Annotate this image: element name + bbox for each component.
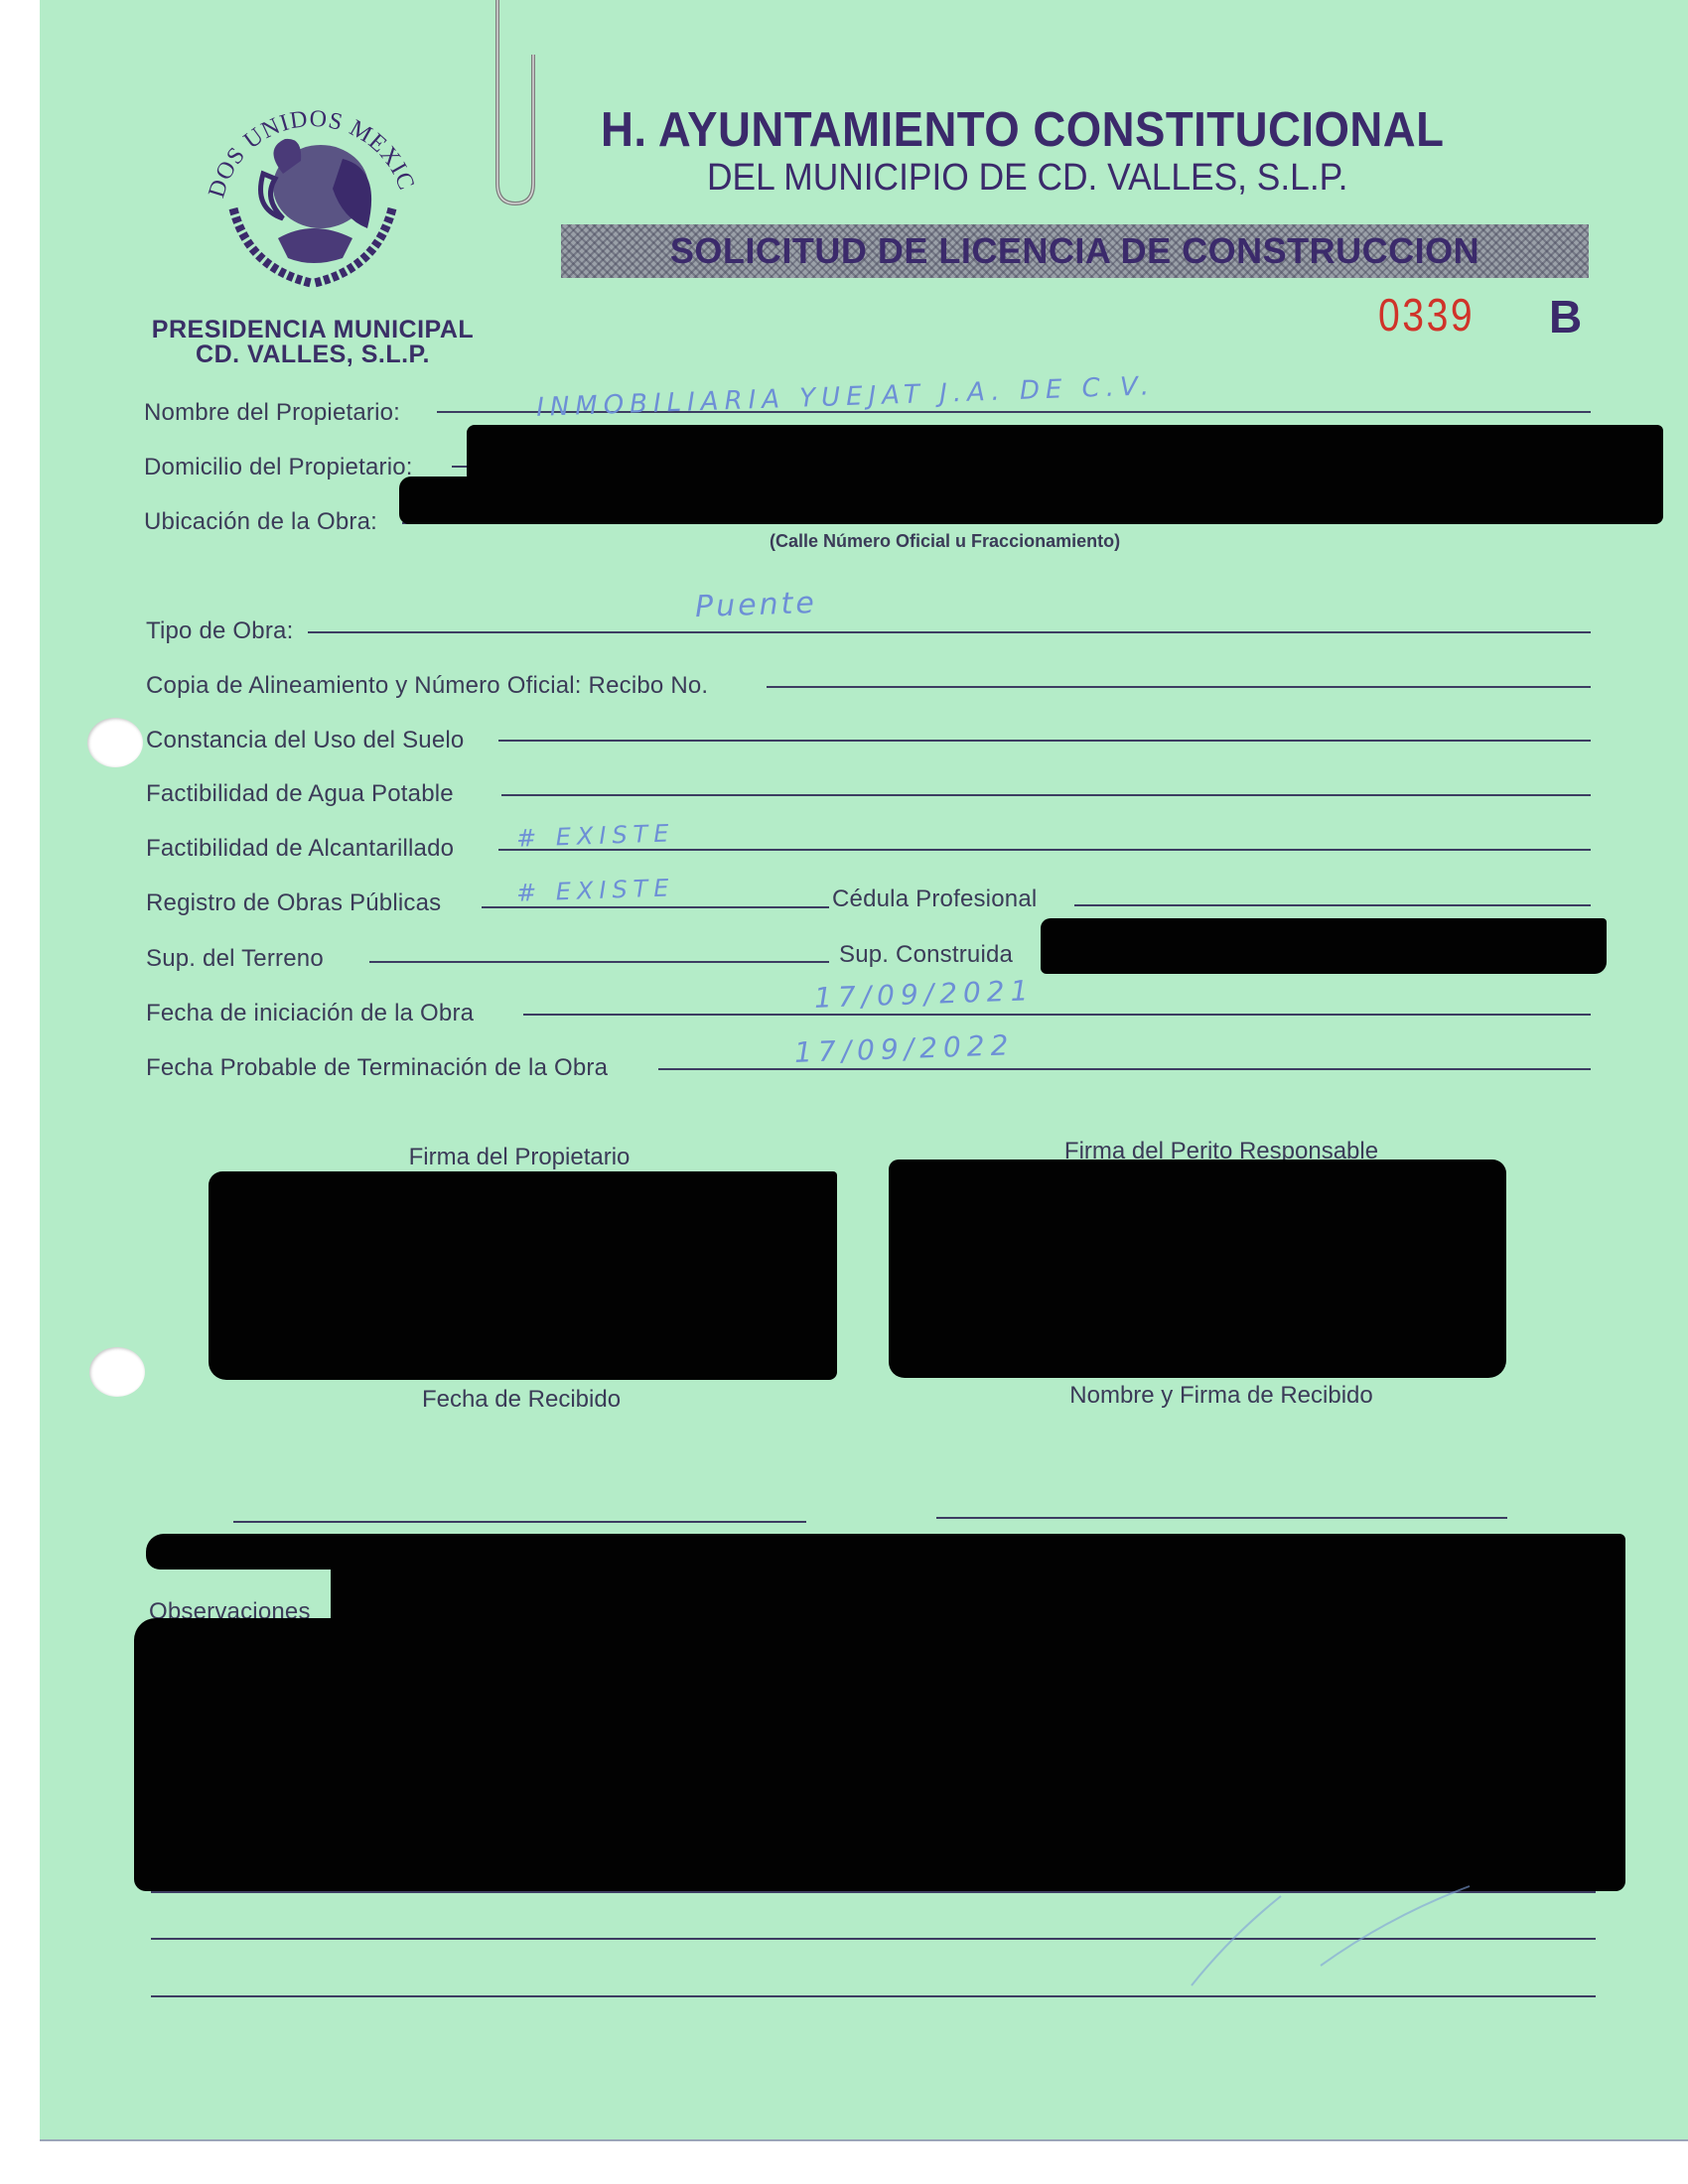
factibilidad-agua-label: Factibilidad de Agua Potable <box>146 780 454 808</box>
paper-clip-icon <box>493 0 541 206</box>
redacted-observaciones-body[interactable] <box>134 1618 1625 1891</box>
page-title: H. AYUNTAMIENTO CONSTITUCIONAL <box>601 102 1444 158</box>
observaciones-line-3[interactable] <box>151 1995 1596 1997</box>
factibilidad-alcantarillado-value[interactable]: # EXISTE <box>516 819 675 853</box>
registro-obras-publicas-label: Registro de Obras Públicas <box>146 889 441 917</box>
registro-obras-publicas-line <box>482 906 829 908</box>
nombre-propietario-label: Nombre del Propietario: <box>144 399 400 427</box>
tipo-obra-label: Tipo de Obra: <box>146 617 293 645</box>
cedula-profesional-label: Cédula Profesional <box>832 886 1037 913</box>
fecha-terminacion-label: Fecha Probable de Terminación de la Obra <box>146 1054 608 1082</box>
factibilidad-alcantarillado-line <box>498 849 1591 851</box>
factibilidad-agua-line <box>501 794 1591 796</box>
fecha-inicio-line <box>523 1014 1591 1016</box>
form-name-banner: SOLICITUD DE LICENCIA DE CONSTRUCCION <box>561 224 1589 278</box>
sup-terreno-line <box>369 961 829 963</box>
presidencia-line2: CD. VALLES, S.L.P. <box>139 341 487 369</box>
punch-hole-top <box>87 718 143 767</box>
pen-stroke-mark <box>1172 1856 1489 1995</box>
redacted-ubicacion <box>399 477 1663 524</box>
ubicacion-obra-caption: (Calle Número Oficial u Fraccionamiento) <box>770 531 1120 552</box>
redacted-domicilio <box>467 425 1663 484</box>
national-seal-icon: ESTADOS UNIDOS MEXICANOS <box>194 69 432 308</box>
firma-propietario-label: Firma del Propietario <box>409 1144 631 1171</box>
copia-alineamiento-line <box>767 686 1591 688</box>
tipo-obra-line <box>308 631 1591 633</box>
fecha-inicio-label: Fecha de iniciación de la Obra <box>146 1000 474 1027</box>
punch-hole-bottom <box>89 1347 145 1397</box>
redacted-firma-perito[interactable] <box>889 1160 1506 1378</box>
fecha-recibido-label: Fecha de Recibido <box>422 1386 621 1414</box>
ubicacion-obra-label: Ubicación de la Obra: <box>144 508 377 536</box>
redacted-firma-propietario[interactable] <box>209 1171 837 1380</box>
page-subtitle: DEL MUNICIPIO DE CD. VALLES, S.L.P. <box>707 157 1347 200</box>
sup-construida-label: Sup. Construida <box>839 941 1013 969</box>
fecha-recibido-line[interactable] <box>233 1521 806 1523</box>
factibilidad-alcantarillado-label: Factibilidad de Alcantarillado <box>146 835 454 863</box>
series-letter: B <box>1549 290 1582 343</box>
cedula-profesional-line <box>1074 904 1591 906</box>
copia-alineamiento-label: Copia de Alineamiento y Número Oficial: … <box>146 672 708 700</box>
tipo-obra-value[interactable]: Puente <box>694 586 817 624</box>
nombre-firma-recibido-label: Nombre y Firma de Recibido <box>1069 1382 1372 1410</box>
folio-number: 0339 <box>1378 288 1475 341</box>
sup-terreno-label: Sup. del Terreno <box>146 945 324 973</box>
registro-obras-publicas-value[interactable]: # EXISTE <box>516 874 675 907</box>
domicilio-propietario-label: Domicilio del Propietario: <box>144 454 413 481</box>
form-name: SOLICITUD DE LICENCIA DE CONSTRUCCION <box>670 230 1479 272</box>
constancia-uso-suelo-label: Constancia del Uso del Suelo <box>146 727 464 754</box>
redacted-sup-construida <box>1041 918 1607 974</box>
constancia-uso-suelo-line <box>498 740 1591 742</box>
nombre-firma-recibido-line[interactable] <box>936 1517 1507 1519</box>
